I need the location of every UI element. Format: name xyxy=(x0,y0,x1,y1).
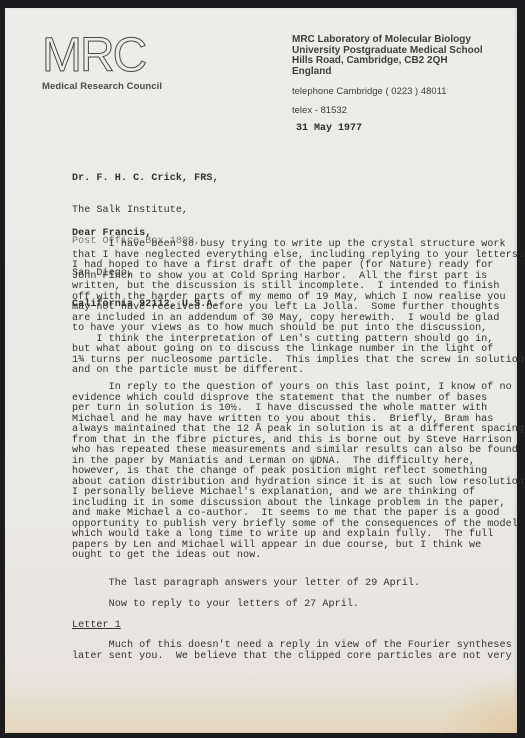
body-line: I personally believe Michael's explanati… xyxy=(72,488,475,498)
body-line: The last paragraph answers your letter o… xyxy=(72,579,420,589)
body-line: In reply to the question of yours on thi… xyxy=(72,383,512,393)
body-line: may not have received before you left La… xyxy=(72,303,500,313)
body-line: but what about going on to discuss the l… xyxy=(72,345,493,355)
recipient-line: The Salk Institute, xyxy=(72,206,219,217)
body-line: who has repeated these measurements and … xyxy=(72,446,518,456)
lab-line: MRC Laboratory of Molecular Biology xyxy=(292,35,483,46)
letter-date: 31 May 1977 xyxy=(296,123,362,134)
body-line: later sent you. We believe that the clip… xyxy=(72,652,512,662)
body-line: Much of this doesn't need a reply in vie… xyxy=(72,641,512,651)
recipient-line: Dr. F. H. C. Crick, FRS, xyxy=(72,174,219,185)
body-line: however, is that the change of peak posi… xyxy=(72,467,487,477)
body-line: and make Michael a co-author. It seems t… xyxy=(72,509,500,519)
logo-mark: MRC xyxy=(42,34,162,78)
telephone: telephone Cambridge ( 0223 ) 48011 xyxy=(292,86,447,97)
telex: telex - 81532 xyxy=(292,105,347,116)
body-line: Now to reply to your letters of 27 April… xyxy=(72,600,359,610)
lab-line: Hills Road, Cambridge, CB2 2QH xyxy=(292,56,483,67)
body-line: and on the particle must be different. xyxy=(72,366,304,376)
mrc-logo: MRC Medical Research Council xyxy=(42,34,162,92)
logo-subtitle: Medical Research Council xyxy=(42,81,162,92)
body-line: I have been so busy trying to write up t… xyxy=(72,240,506,250)
body-line: I had hoped to have a first draft of the… xyxy=(72,261,493,271)
body-line: always maintained that the 12 Å peak in … xyxy=(72,425,524,435)
body-line: ought to get the ideas out now. xyxy=(72,551,261,561)
letter-page: MRC Medical Research Council MRC Laborat… xyxy=(5,8,517,733)
section-heading: Letter 1 xyxy=(72,621,121,631)
body-line: per turn in solution is 10½. I have disc… xyxy=(72,404,487,414)
salutation: Dear Francis, xyxy=(72,228,151,239)
lab-address: MRC Laboratory of Molecular Biology Univ… xyxy=(292,35,483,77)
body-line: to have your views as to how much should… xyxy=(72,324,487,334)
body-line: which would take a long time to write up… xyxy=(72,530,493,540)
body-line: written, but the discussion is still inc… xyxy=(72,282,500,292)
lab-line: England xyxy=(292,67,483,78)
